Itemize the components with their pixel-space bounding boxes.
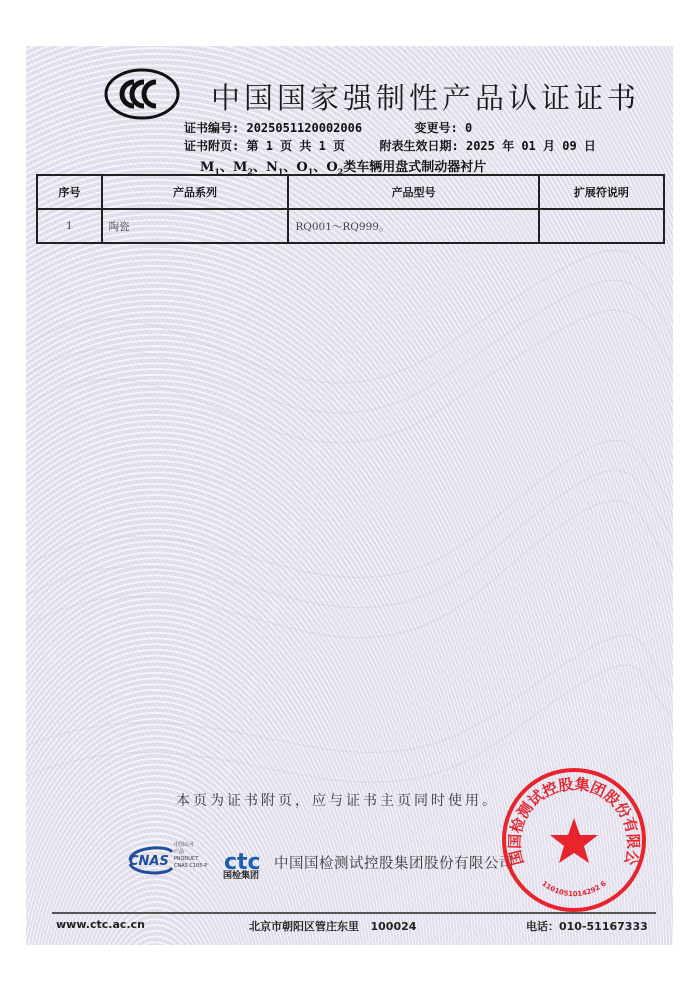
table-header-row: 序号 产品系列 产品型号 扩展符说明 <box>37 175 664 209</box>
column-header-series: 产品系列 <box>102 175 289 209</box>
footer-website: www.ctc.ac.cn <box>56 918 145 931</box>
certificate-page: 中国国家强制性产品认证证书 证书编号: 2025051120002006 变更号… <box>26 46 673 945</box>
cnas-side-line: PRODUCT <box>174 856 207 863</box>
certificate-number-label: 证书编号: <box>184 121 239 135</box>
attachment-line: 证书附页: 第 1 页 共 1 页 附表生效日期: 2025 年 01 月 09… <box>184 137 596 154</box>
product-table: 序号 产品系列 产品型号 扩展符说明 1 陶瓷 RQ001～RQ999。 <box>36 174 665 244</box>
vehicle-classes: M1、M2、N1、O1、O2 <box>200 160 343 175</box>
effective-date: 2025 年 01 月 09 日 <box>466 139 596 153</box>
company-name: 中国国检测试控股集团股份有限公司 <box>274 852 514 873</box>
cnas-accreditation-text: 中国认可 产品 PRODUCT CNAS C105-P <box>174 842 207 870</box>
certificate-number: 2025051120002006 <box>246 121 362 135</box>
cnas-side-line: 中国认可 <box>174 842 207 849</box>
attachment-label: 证书附页: <box>184 139 239 153</box>
change-number-label: 变更号: <box>415 121 458 135</box>
certificate-number-line: 证书编号: 2025051120002006 变更号: 0 <box>184 119 472 136</box>
svg-text:CNAS: CNAS <box>129 854 169 869</box>
table-row: 1 陶瓷 RQ001～RQ999。 <box>37 209 664 243</box>
product-category-text: 类车辆用盘式制动器衬片 <box>343 160 486 175</box>
column-header-model: 产品型号 <box>288 175 538 209</box>
effective-date-label: 附表生效日期: <box>380 139 459 153</box>
attachment-notice: 本页为证书附页，应与证书主页同时使用。 <box>176 790 499 810</box>
cnas-side-line: 产品 <box>174 849 207 856</box>
row-series: 陶瓷 <box>102 209 289 243</box>
certificate-title: 中国国家强制性产品认证证书 <box>211 76 640 117</box>
ccc-certification-logo <box>104 68 180 120</box>
svg-text:1101051014292 6: 1101051014292 6 <box>540 879 608 898</box>
row-model: RQ001～RQ999。 <box>288 209 538 243</box>
row-index: 1 <box>37 209 102 243</box>
official-seal: 中国国检测试控股集团股份有限公司 1101051014292 6 <box>500 766 648 914</box>
footer-address: 北京市朝阳区管庄东里 100024 <box>249 918 416 934</box>
row-extension <box>539 209 664 243</box>
cnas-side-line: CNAS C105-P <box>174 863 207 870</box>
star-icon <box>550 818 598 863</box>
footer-divider <box>52 912 656 914</box>
footer-phone: 电话：010-51167333 <box>526 918 648 934</box>
attachment-page: 第 1 页 共 1 页 <box>246 139 345 153</box>
change-number: 0 <box>465 121 472 135</box>
column-header-extension: 扩展符说明 <box>539 175 664 209</box>
seal-number: 1101051014292 6 <box>540 879 608 898</box>
column-header-index: 序号 <box>37 175 102 209</box>
ctc-caption: 国检集团 <box>223 868 259 881</box>
